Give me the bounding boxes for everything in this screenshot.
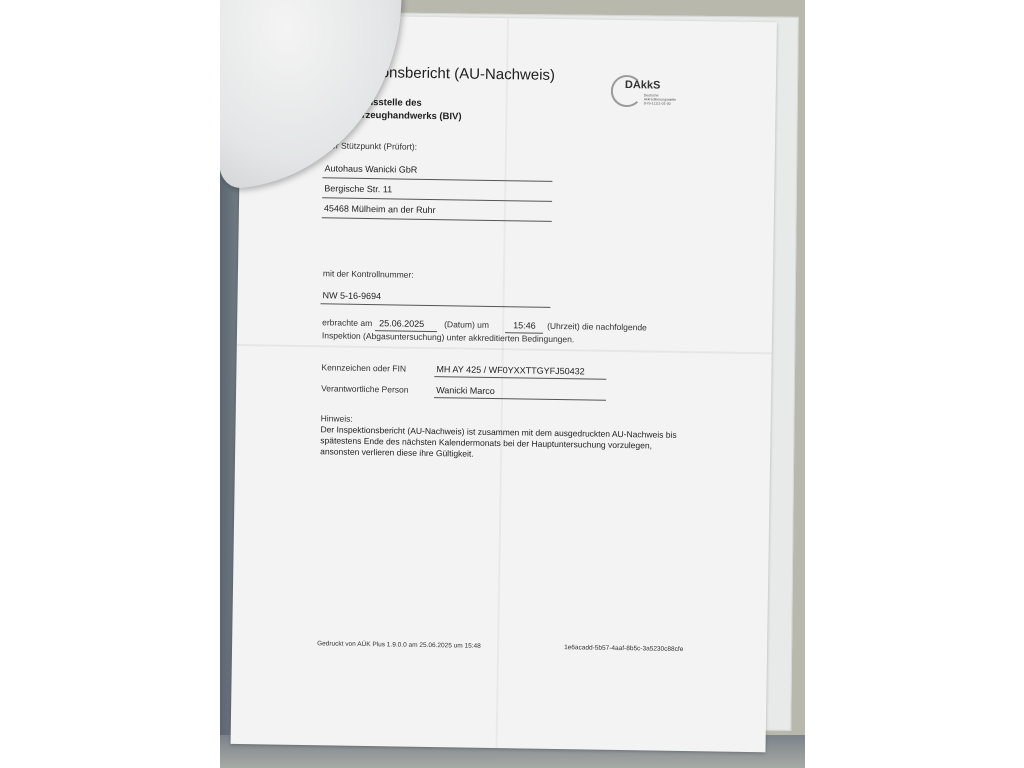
person-label: Verantwortliche Person: [321, 383, 409, 394]
inspection-time: 15:46: [513, 320, 536, 330]
footer-printed: Gedruckt von AÜK Plus 1.9.0.0 am 25.06.2…: [317, 640, 481, 650]
dakks-logo: DAkkS Deutsche Akkreditierungsstelle D-I…: [610, 75, 701, 116]
plate-value: MH AY 425 / WF0YXXTTGYFJ50432: [436, 364, 584, 376]
plate-label: Kennzeichen oder FIN: [321, 362, 406, 373]
control-label: mit der Kontrollnummer:: [323, 268, 414, 279]
station-city: 45468 Mülheim an der Ruhr: [324, 203, 436, 215]
note-title: Hinweis:: [321, 413, 353, 424]
station-street: Bergische Str. 11: [324, 183, 392, 194]
station-name: Autohaus Wanicki GbR: [325, 163, 418, 174]
document-photo: Inspektionsbericht (AU-Nachweis) DAkkS D…: [220, 0, 805, 768]
note-text: Der Inspektionsbericht (AU-Nachweis) ist…: [320, 424, 680, 463]
inspection-date: 25.06.2025: [379, 318, 424, 329]
time-label: (Uhrzeit) die nachfolgende: [547, 321, 647, 333]
paper-fold: [237, 344, 772, 354]
paper-fold-vertical: [496, 18, 509, 748]
footer-document-id: 1e6acadd-5b57-4aaf-8b5c-3a5230c88cfe: [564, 644, 683, 653]
person-value: Wanicki Marco: [436, 385, 495, 396]
performed-prefix: erbrachte am: [322, 317, 372, 328]
control-number: NW 5-16-9694: [323, 290, 382, 301]
date-label: (Datum) um: [444, 319, 489, 330]
